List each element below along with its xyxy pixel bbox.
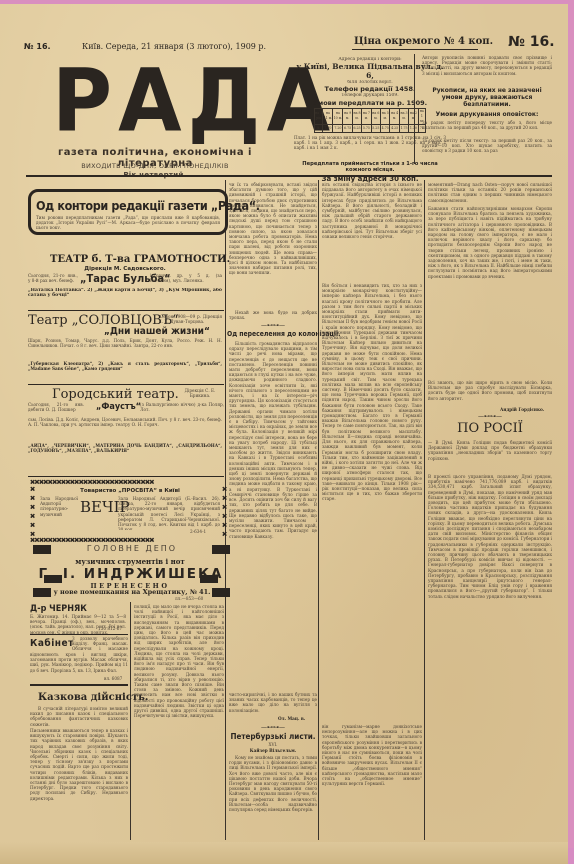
subscription-cell: 1.75	[399, 124, 408, 132]
subscription-cell: на 8 м.	[352, 108, 361, 124]
article-petersburg-title: Петербурзькі листи.	[227, 732, 319, 741]
subscription-cell: на 1 рік	[315, 108, 323, 124]
music-depot-address: у нове помешкання на Хрещатику, № 41.	[52, 588, 212, 596]
issue-number-right: № 16.	[508, 34, 555, 50]
doctor-code: 150 812-67	[98, 626, 128, 631]
subscription-cell: 5.25	[371, 124, 380, 132]
rejected-manuscripts: Рукописи, на яких не зазначені умови дру…	[422, 87, 552, 108]
doctor-name: Д-р ЧЕРНЯК	[30, 604, 87, 614]
office-ad-text: Тим рокови передплатникам газети „Рада“,…	[36, 215, 220, 229]
prosvita-org: Товариство „ПРОСВІТА“ в Київі	[40, 488, 220, 494]
subscription-cell: на 5 м.	[381, 108, 390, 124]
dateline: Київ. Середа, 21 января (3 лютого), 1909…	[82, 42, 266, 51]
kaiser-signature: Андрій Гордієнко.	[500, 407, 556, 412]
subscription-cell: на 6 м.	[371, 108, 380, 124]
subscription-row: 8.7.707.206.756.255.755.254.754.251.751.…	[315, 124, 426, 132]
cabinet-title: Кабінет	[30, 638, 74, 649]
newspaper-page: № 16. Київ. Середа, 21 января (3 лютого)…	[0, 4, 568, 864]
decorative-border-top: ✖✖✖✖✖✖✖✖✖✖✖✖✖✖✖✖✖✖✖✖✖✖✖✖✖✖✖✖	[30, 478, 230, 488]
article-fairy-title: Казкова дійсність.	[38, 692, 148, 703]
authors-note: Автори рукописів повинні подавати своє п…	[422, 55, 552, 85]
price-label: Ціна окремого № 4 коп.	[354, 36, 493, 47]
section-russia-lead: — В Думі. Князь Голіцин подав бюджетної …	[428, 440, 552, 474]
ads-text-2: За радок петіту після тексту: за перший …	[422, 138, 552, 160]
subscription-note: Передплата приймається тільки з 1-го чис…	[294, 161, 446, 173]
theatre3-title: Городський театр.	[52, 387, 179, 402]
music-depot-line2: музичних струментів і нот	[40, 557, 220, 566]
music-depot-line1: ГОЛОВНЕ ДЕПО	[55, 544, 209, 553]
subscription-cell: на 11 м.	[323, 108, 333, 124]
article-fairy-lead: В сучасній літературі помітно великий на…	[30, 706, 128, 728]
subscription-cell: на 3 м.	[399, 108, 408, 124]
theatre1-title: ТЕАТР б. Т-ва ГРАМОТНОСТИ.	[50, 254, 230, 265]
prosvita-code: 2-634-1	[190, 529, 220, 534]
office-ad-box: Од контори редакції газети „Рада“. Тим р…	[28, 189, 228, 235]
ads-title: Умови друкування оповісток:	[422, 111, 552, 118]
theatre1-plays2: „Наталка Полтавка“. 2) „Жиди карти а Боч…	[28, 288, 222, 306]
subscription-cell: 6.75	[343, 124, 352, 132]
subscription-row: на 1 рікна 11 м.на 10 м.на 9 м.на 8 м.на…	[315, 108, 426, 124]
notices-block: Автори рукописів повинні подавати своє п…	[422, 55, 552, 160]
doctor-text: Б. Житомир. 14. Приймає 9—12 та 5—8 вечо…	[30, 614, 126, 636]
subscription-cell: 8.	[315, 124, 323, 132]
prosvita-text: Зала Народньої Авдиторії (Б.-Васил. 26).…	[118, 496, 220, 530]
theatre2-play: „Дни нашей жизни“	[104, 326, 210, 337]
subscription-cell: 4.25	[390, 124, 399, 132]
ornament-divider: —⊷⊶—	[229, 322, 317, 329]
subscription-cell: на 10 м.	[333, 108, 343, 124]
cabinet-code: вл. 6087	[104, 676, 130, 681]
frequency: ВИХОДИТЬ ЩО-ДНЯ, ОКРІМ ПОНЕДІЛКІВ	[30, 162, 280, 170]
ads-text-1: За радок петіту попереду тексту або з, й…	[422, 120, 552, 136]
subscription-cell: 7.70	[323, 124, 333, 132]
author-signature: Ол. Мац. в.	[278, 716, 318, 721]
section-russia-title: ПО РОСІЇ	[428, 421, 552, 436]
theatre3-direction: Дірекція С. Е. Брикина.	[176, 388, 224, 400]
article-petersburg-number: XVI.	[229, 742, 317, 747]
subscription-cell: на 4 м.	[390, 108, 399, 124]
subscription-cell: 6.25	[352, 124, 361, 132]
office-ad-title: Од контори редакції газети „Рада“.	[36, 198, 225, 213]
music-depot-code: лл.—853—60	[175, 596, 223, 601]
cabinet-text: З дозволу врачебного відділу. Франц. мас…	[72, 636, 128, 652]
subscription-cell: 4.75	[381, 124, 390, 132]
theatre3-play: „Фаустъ“	[96, 402, 141, 412]
subscription-cell: на 7 м.	[362, 108, 371, 124]
theatre3-extra: „АИДА“, „ЧЕРЕВИЧКИ“, „МАТЕРИНА ДОЧЬ БАНД…	[28, 443, 222, 473]
subscription-cell: на 9 м.	[343, 108, 352, 124]
article-colonization-title: Од переселення до колонізації.	[227, 330, 319, 338]
issue-number-left: № 16.	[24, 42, 51, 51]
subscription-cell: 5.75	[362, 124, 371, 132]
article-petersburg-subtitle: Кайзер Вільгельм.	[229, 748, 317, 753]
subscription-table: на 1 рікна 11 м.на 10 м.на 9 м.на 8 м.на…	[314, 108, 426, 133]
subscription-cell: 7.20	[333, 124, 343, 132]
theatre2-extra: „Губернская Клеопатра“, 2) „Какъ я сталъ…	[28, 361, 222, 381]
